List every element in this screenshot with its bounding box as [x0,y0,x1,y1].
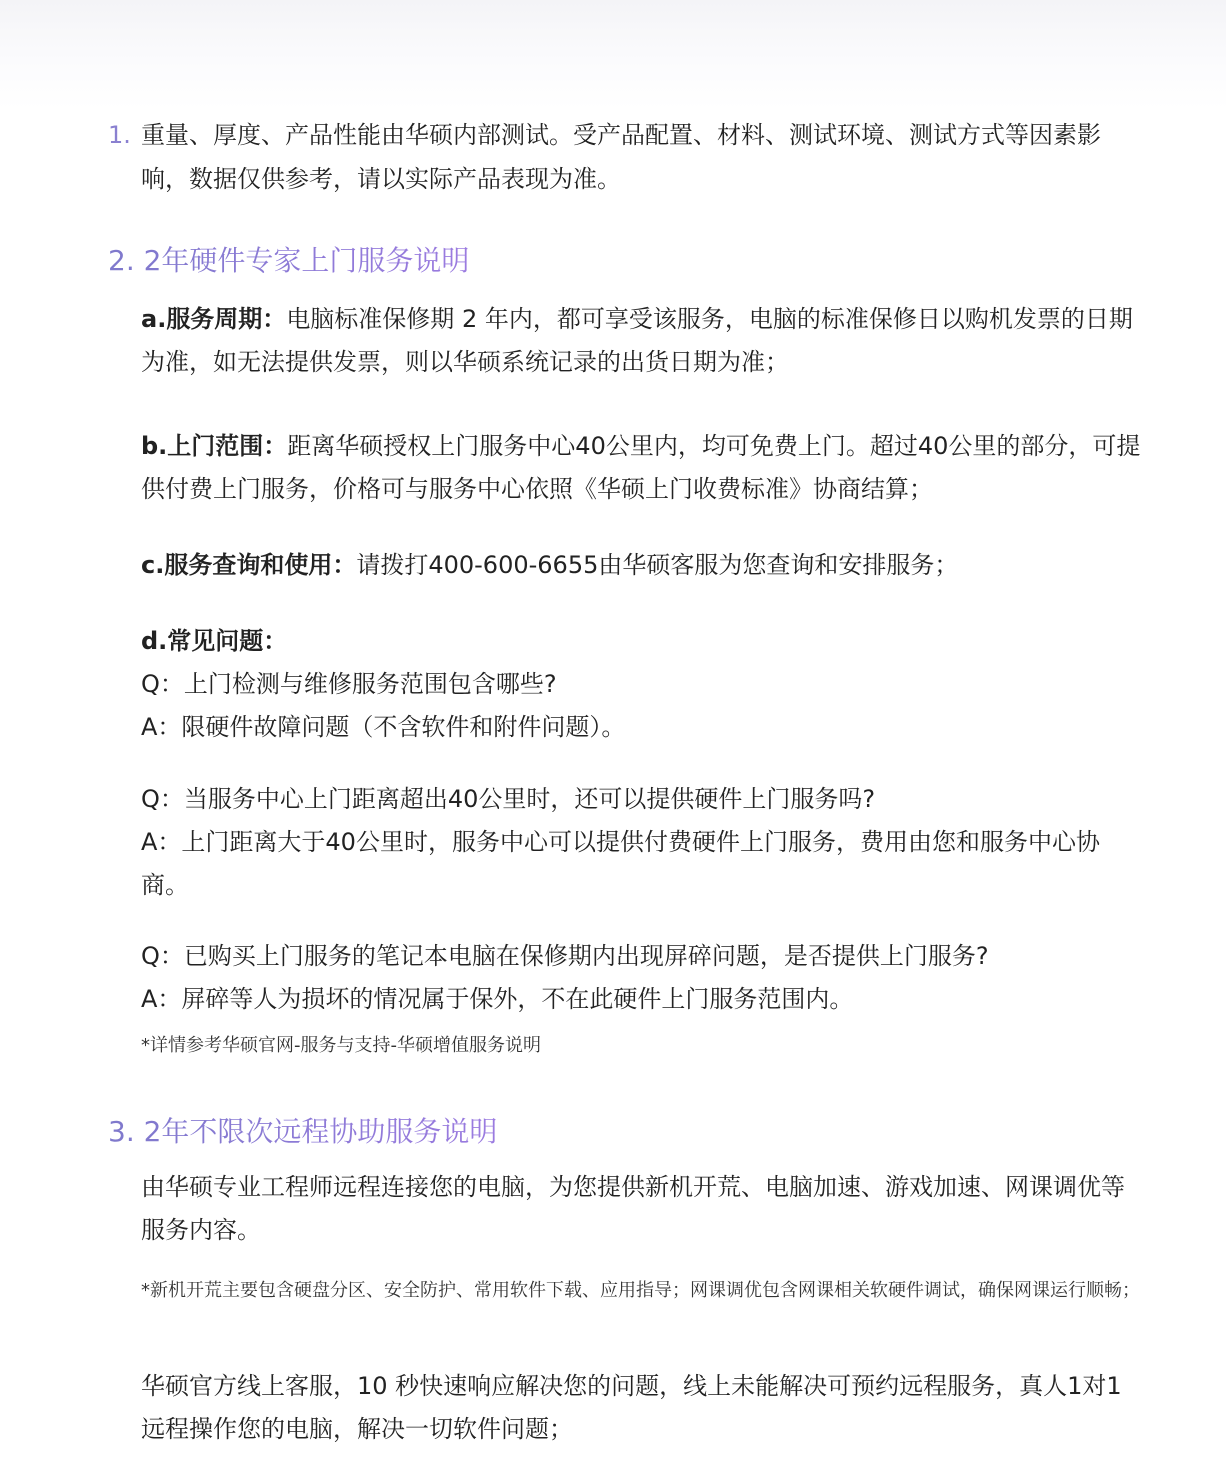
note-item-1-text: 重量、厚度、产品性能由华硕内部测试。受产品配置、材料、测试环境、测试方式等因素影… [141,113,1138,201]
service-range-text: 距离华硕授权上门服务中心40公里内，均可免费上门。超过40公里的部分，可提供付费… [141,432,1140,503]
service-period: a.服务周期：电脑标准保修期 2 年内，都可享受该服务，电脑的标准保修日以购机发… [141,298,1141,384]
service-query-label: c.服务查询和使用： [141,551,356,579]
item-number: 1. [108,113,131,157]
faq-answer: A：限硬件故障问题（不含软件和附件问题）。 [141,706,1141,749]
online-support-text: 华硕官方线上客服，10 秒快速响应解决您的问题，线上未能解决可预约远程服务，真人… [141,1365,1141,1451]
faq-answer: A：屏碎等人为损坏的情况属于保外，不在此硬件上门服务范围内。 [141,978,1141,1021]
section-heading-remote-service: 3. 2年不限次远程协助服务说明 [108,1112,497,1152]
faq-item-2: Q：当服务中心上门距离超出40公里时，还可以提供硬件上门服务吗? A：上门距离大… [141,778,1141,907]
service-query: c.服务查询和使用：请拨打400-600-6655由华硕客服为您查询和安排服务； [141,544,1141,587]
service-query-text: 请拨打400-600-6655由华硕客服为您查询和安排服务； [356,551,958,579]
faq-question: Q：上门检测与维修服务范围包含哪些? [141,663,1141,706]
faq-label: d.常见问题： [141,620,1141,663]
service-range-label: b.上门范围： [141,432,287,460]
service-period-text: 电脑标准保修期 2 年内，都可享受该服务，电脑的标准保修日以购机发票的日期为准，… [141,305,1133,376]
faq-question: Q：当服务中心上门距离超出40公里时，还可以提供硬件上门服务吗? [141,778,1141,821]
section-heading-hardware-service: 2. 2年硬件专家上门服务说明 [108,241,469,281]
faq-answer: A：上门距离大于40公里时，服务中心可以提供付费硬件上门服务，费用由您和服务中心… [141,821,1141,907]
remote-service-intro: 由华硕专业工程师远程连接您的电脑，为您提供新机开荒、电脑加速、游戏加速、网课调优… [141,1166,1141,1252]
note-item-1: 1. 重量、厚度、产品性能由华硕内部测试。受产品配置、材料、测试环境、测试方式等… [108,113,1138,201]
service-period-label: a.服务周期： [141,305,286,333]
faq-question: Q：已购买上门服务的笔记本电脑在保修期内出现屏碎问题，是否提供上门服务? [141,935,1141,978]
service-range: b.上门范围：距离华硕授权上门服务中心40公里内，均可免费上门。超过40公里的部… [141,425,1141,511]
footnote-official-site: *详情参考华硕官网-服务与支持-华硕增值服务说明 [141,1030,1141,1061]
faq-section: d.常见问题： Q：上门检测与维修服务范围包含哪些? A：限硬件故障问题（不含软… [141,620,1141,749]
remote-service-note: *新机开荒主要包含硬盘分区、安全防护、常用软件下载、应用指导；网课调优包含网课相… [141,1275,1141,1306]
faq-item-3: Q：已购买上门服务的笔记本电脑在保修期内出现屏碎问题，是否提供上门服务? A：屏… [141,935,1141,1021]
